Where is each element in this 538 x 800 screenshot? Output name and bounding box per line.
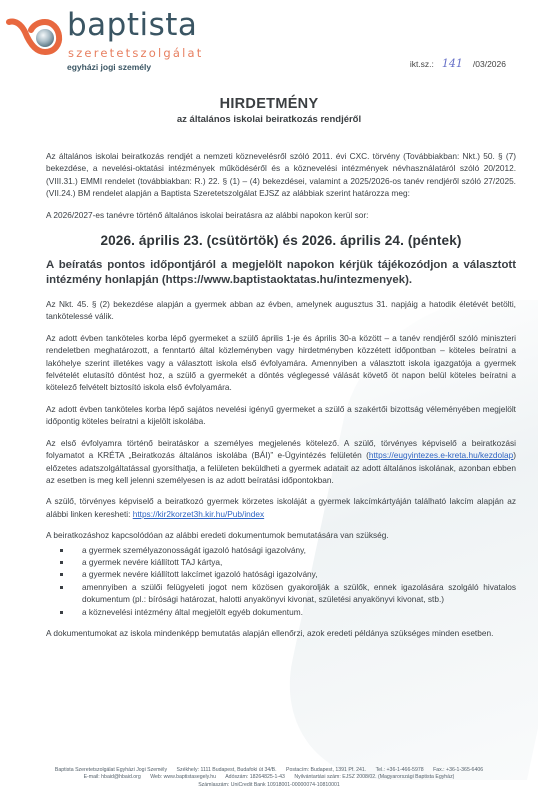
footer-seat: Székhely: 1111 Budapest, Budafoki út 34/… <box>177 767 277 773</box>
footer-line-3: Számlaszám: UniCredit Bank 10918001-0000… <box>0 782 538 789</box>
footer-postal: Postacím: Budapest, 1391 Pf. 241. <box>286 767 366 773</box>
logo-wordmark: baptista <box>67 8 197 42</box>
footer-line-1: Baptista Szeretetszolgálat Egyházi Jogi … <box>0 767 538 774</box>
schedule-lead-paragraph: A 2026/2027-es tanévre történő általános… <box>46 209 516 221</box>
footer-fax: Fax.: +36-1-365-6406 <box>433 767 483 773</box>
logo-legal-status: egyházi jogi személy <box>67 62 151 72</box>
kreta-link[interactable]: https://eugyintezes.e-kreta.hu/kezdolap <box>369 450 513 460</box>
reference-number: ikt.sz.: 141 /03/2026 <box>410 57 506 70</box>
district-paragraph: A szülő, törvényes képviselő a beiratkoz… <box>46 495 516 520</box>
organization-logo: baptista szeretetszolgálat egyházi jogi … <box>5 8 205 78</box>
footer-web: Web: www.baptistasegely.hu <box>150 774 216 780</box>
enrollment-dates: 2026. április 23. (csütörtök) és 2026. á… <box>46 233 516 248</box>
enrollment-rule-paragraph: Az adott évben tanköteles korba lépő gye… <box>46 332 516 394</box>
page-footer: Baptista Szeretetszolgálat Egyházi Jogi … <box>0 767 538 789</box>
reference-suffix: /03/2026 <box>473 59 506 69</box>
logo-subtitle: szeretetszolgálat <box>68 46 204 60</box>
reference-label: ikt.sz.: <box>410 59 434 69</box>
footer-line-2: E-mail: hbaid@hbaid.org Web: www.baptist… <box>0 774 538 781</box>
list-item: a gyermek személyazonosságát igazoló hat… <box>46 544 516 556</box>
footer-registry: Nyilvántartási szám: EJSZ 2008/02. (Magy… <box>294 774 454 780</box>
list-item: a köznevelési intézmény által megjelölt … <box>46 606 516 618</box>
document-body: Az általános iskolai beiratkozás rendjét… <box>46 150 516 639</box>
intro-paragraph: Az általános iskolai beiratkozás rendjét… <box>46 150 516 200</box>
footer-tax: Adószám: 18264825-1-43 <box>225 774 285 780</box>
list-item: amennyiben a szülői felügyeleti jogot ne… <box>46 581 516 606</box>
special-needs-paragraph: Az adott évben tanköteles korba lépő saj… <box>46 403 516 428</box>
footer-email: E-mail: hbaid@hbaid.org <box>84 774 141 780</box>
important-notice: A beíratás pontos időpontjáról a megjelö… <box>46 258 516 288</box>
document-title: HIRDETMÉNY <box>0 96 538 112</box>
closing-paragraph: A dokumentumokat az iskola mindenképp be… <box>46 627 516 639</box>
documents-lead-paragraph: A beiratkozáshoz kapcsolódóan az alábbi … <box>46 529 516 541</box>
district-text: A szülő, törvényes képviselő a beiratkoz… <box>46 496 516 518</box>
age-rule-paragraph: Az Nkt. 45. § (2) bekezdése alapján a gy… <box>46 298 516 323</box>
list-item: a gyermek nevére kiállított lakcímet iga… <box>46 568 516 580</box>
footer-tel: Tel.: +36-1-466-5978 <box>376 767 424 773</box>
district-link[interactable]: https://kir2korzet3h.kir.hu/Pub/index <box>133 509 264 519</box>
document-subtitle: az általános iskolai beiratkozás rendjér… <box>0 114 538 125</box>
baptista-logo-icon <box>5 12 63 58</box>
handwritten-number: 141 <box>442 57 463 70</box>
list-item: a gyermek nevére kiállított TAJ kártya, <box>46 556 516 568</box>
kreta-paragraph: Az első évfolyamra történő beiratáskor a… <box>46 437 516 487</box>
required-documents-list: a gyermek személyazonosságát igazoló hat… <box>46 544 516 618</box>
footer-org: Baptista Szeretetszolgálat Egyházi Jogi … <box>55 767 167 773</box>
